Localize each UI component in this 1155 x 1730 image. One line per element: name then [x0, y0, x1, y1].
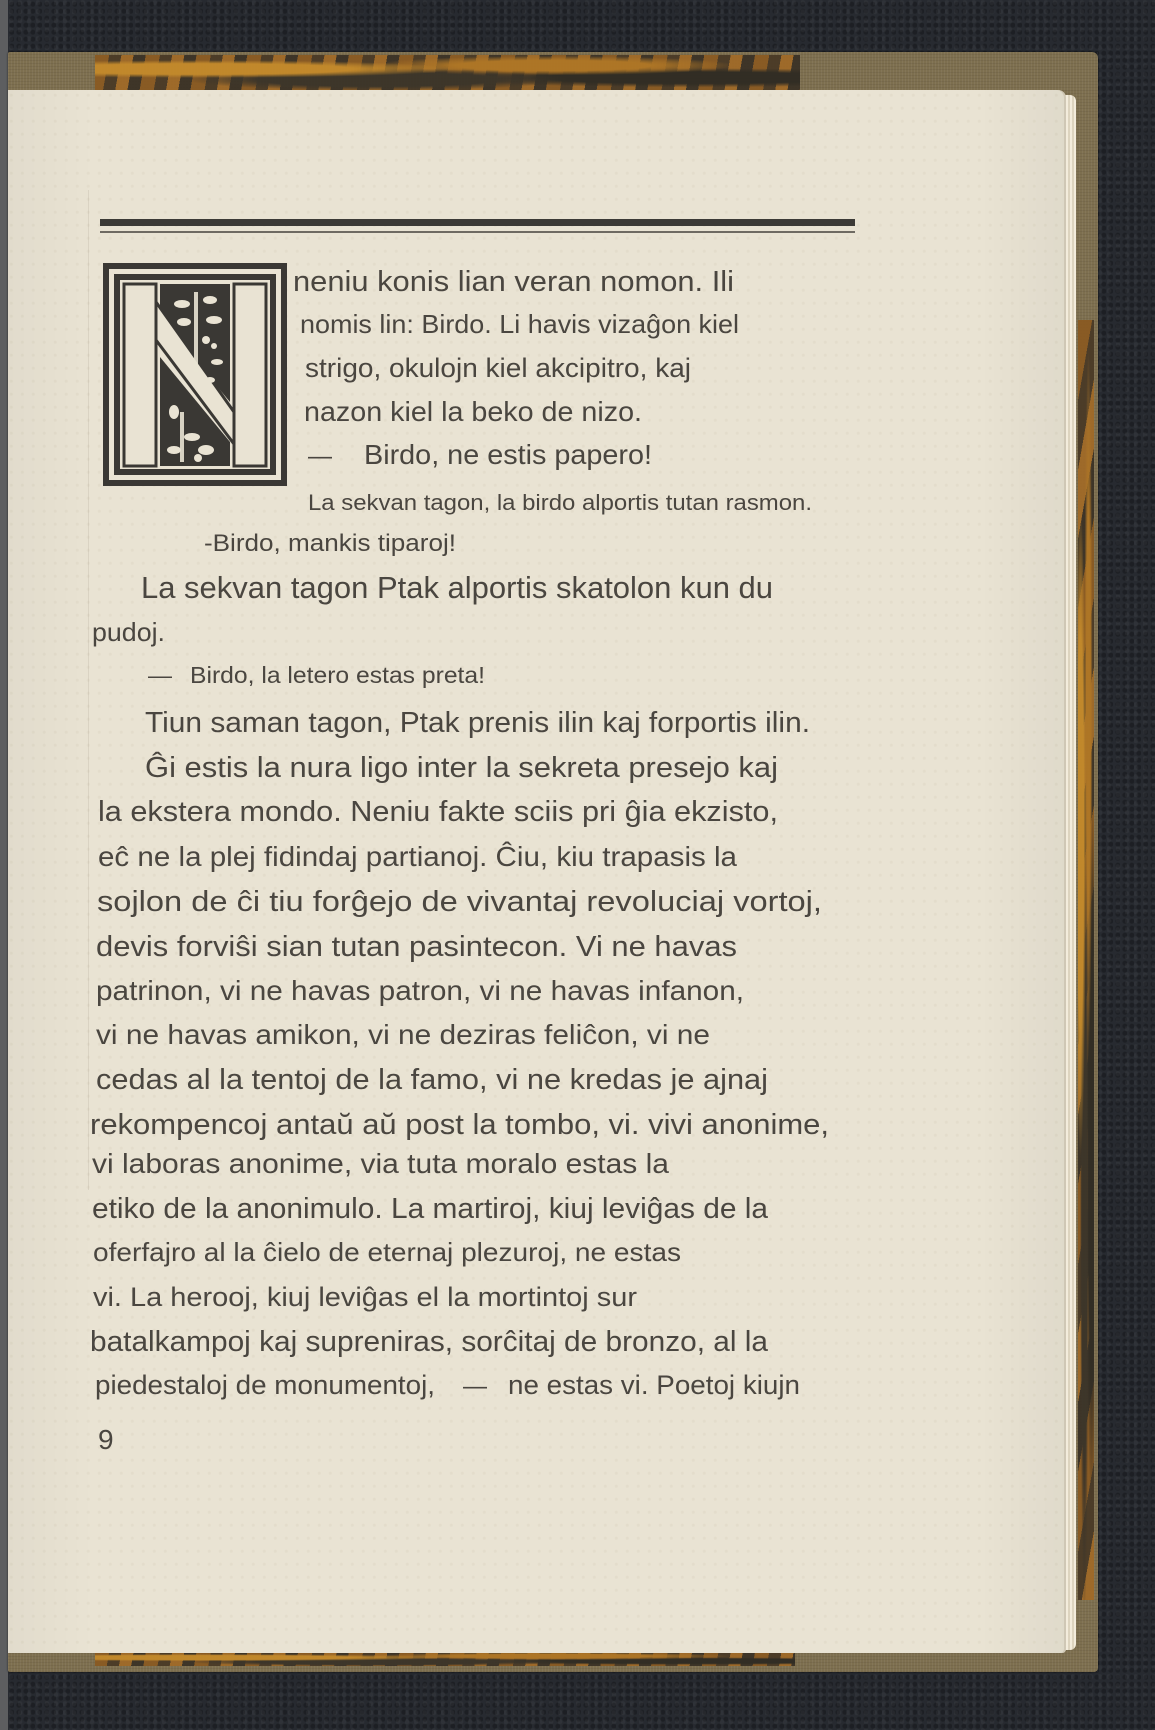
page-number: 9: [98, 1424, 114, 1455]
page-number-layer: 9: [0, 0, 1155, 1730]
book-photo: neniu konis lian veran nomon. Ilinomis l…: [0, 0, 1155, 1730]
